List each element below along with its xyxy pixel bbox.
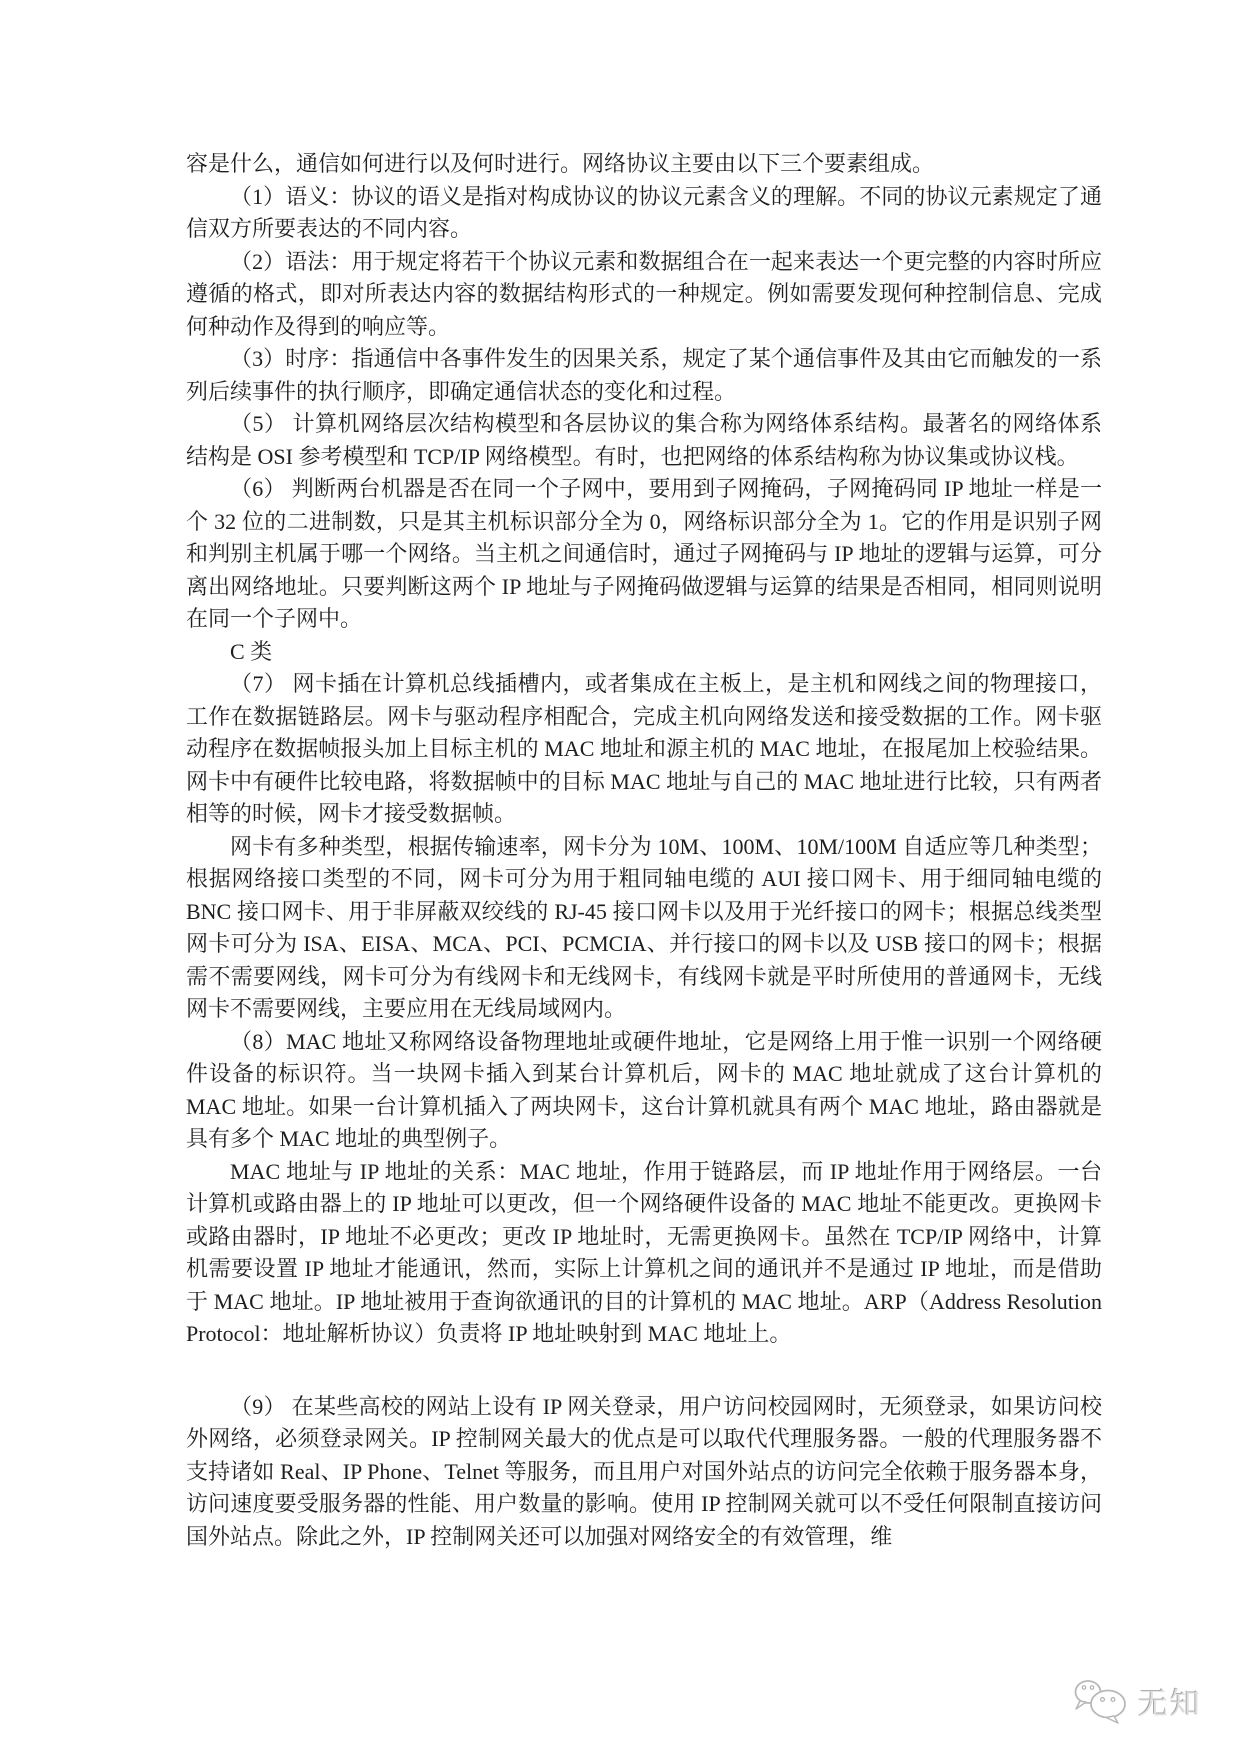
wechat-icon — [1072, 1678, 1130, 1724]
paragraph-timing: （3）时序：指通信中各事件发生的因果关系，规定了某个通信事件及其由它而触发的一系… — [186, 343, 1102, 408]
paragraph-network-architecture: （5） 计算机网络层次结构模型和各层协议的集合称为网络体系结构。最著名的网络体系… — [186, 408, 1102, 473]
paragraph-continuation: 容是什么，通信如何进行以及何时进行。网络协议主要由以下三个要素组成。 — [186, 148, 1102, 181]
paragraph-syntax: （2）语法：用于规定将若干个协议元素和数据组合在一起来表达一个更完整的内容时所应… — [186, 246, 1102, 344]
document-body: 容是什么，通信如何进行以及何时进行。网络协议主要由以下三个要素组成。 （1）语义… — [186, 148, 1102, 1553]
paragraph-network-card-types: 网卡有多种类型，根据传输速率，网卡分为 10M、100M、10M/100M 自适… — [186, 831, 1102, 1026]
paragraph-semantics: （1）语义：协议的语义是指对构成协议的协议元素含义的理解。不同的协议元素规定了通… — [186, 181, 1102, 246]
paragraph-class-c: C 类 — [186, 636, 1102, 669]
paragraph-mac-address: （8）MAC 地址又称网络设备物理地址或硬件地址，它是网络上用于惟一识别一个网络… — [186, 1026, 1102, 1156]
paragraph-network-card: （7） 网卡插在计算机总线插槽内，或者集成在主板上，是主机和网线之间的物理接口，… — [186, 668, 1102, 831]
watermark-label: 无知 — [1138, 1679, 1202, 1723]
paragraph-subnet-mask: （6） 判断两台机器是否在同一个子网中，要用到子网掩码，子网掩码同 IP 地址一… — [186, 473, 1102, 636]
paragraph-ip-gateway: （9） 在某些高校的网站上设有 IP 网关登录，用户访问校园网时，无须登录，如果… — [186, 1391, 1102, 1554]
watermark: 无知 — [1072, 1678, 1202, 1724]
paragraph-mac-ip-relation: MAC 地址与 IP 地址的关系：MAC 地址，作用于链路层，而 IP 地址作用… — [186, 1156, 1102, 1351]
